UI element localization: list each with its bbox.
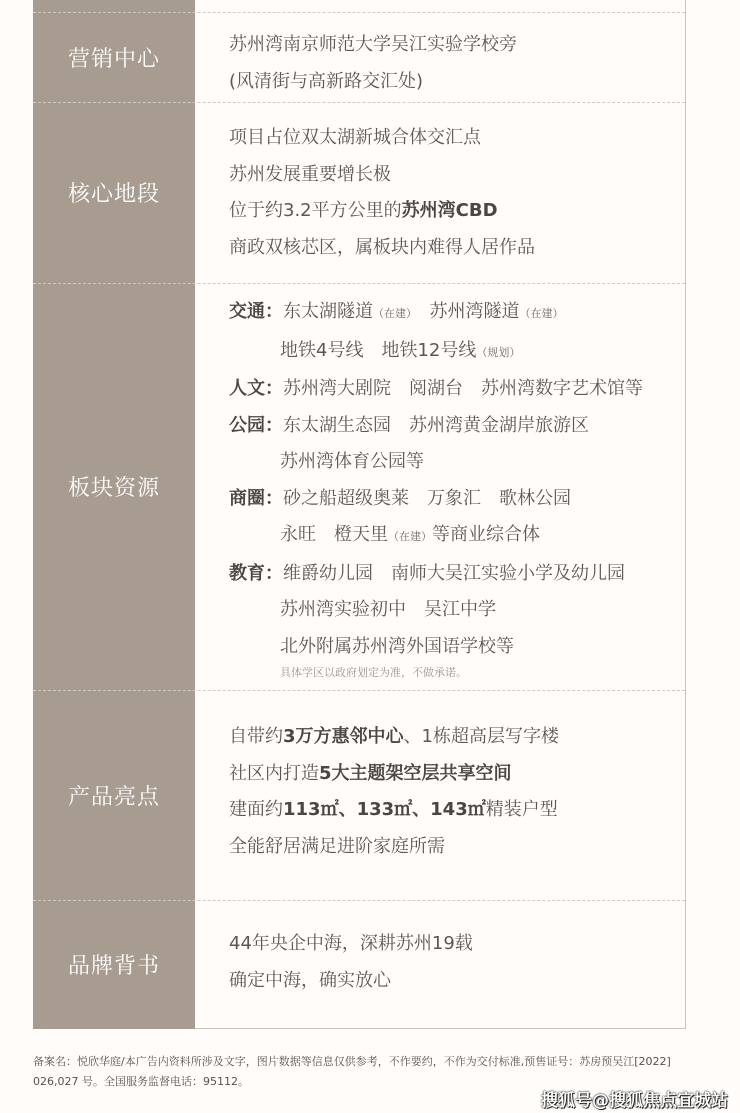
- content-highlight: 苏州湾CBD: [402, 200, 498, 221]
- content-line: 确定中海，确实放心: [229, 963, 473, 1000]
- disclaimer-note: 具体学区以政府划定为准，不做承诺。: [229, 665, 643, 681]
- resource-line-commerce: 商圈：砂之船超级奥莱 万象汇 歌林公园: [229, 481, 643, 518]
- content-line: 位于约3.2平方公里的苏州湾CBD: [229, 193, 535, 230]
- content-text: 东太湖生态园 苏州湾黄金湖岸旅游区: [283, 415, 589, 436]
- content-line: 苏州湾南京师范大学吴江实验学校旁: [229, 27, 517, 64]
- resource-line-commerce-2: 永旺 橙天里（在建）等商业综合体: [229, 517, 643, 556]
- content-text: 永旺 橙天里: [280, 524, 388, 545]
- status-tag: （规划）: [476, 346, 520, 359]
- content-text: 苏州湾实验初中 吴江中学: [280, 599, 496, 620]
- row-label: 营销中心: [33, 12, 195, 102]
- content-text: 维爵幼儿园 南师大吴江实验小学及幼儿园: [283, 563, 625, 584]
- content-text: 、1栋超高层写字楼: [404, 726, 559, 747]
- content-text: 位于约3.2平方公里的: [229, 200, 402, 221]
- status-tag: （在建）: [520, 307, 564, 320]
- content-line: 社区内打造5大主题架空层共享空间: [229, 756, 559, 793]
- content-text: 精装户型: [486, 799, 558, 820]
- row-brand-endorsement: 品牌背书 44年央企中海，深耕苏州19载 确定中海，确实放心: [33, 900, 686, 1029]
- resource-line-education-2: 苏州湾实验初中 吴江中学: [229, 592, 643, 629]
- row-label: 产品亮点: [33, 690, 195, 900]
- row-label: 核心地段: [33, 102, 195, 283]
- row-content: 项目占位双太湖新城合体交汇点 苏州发展重要增长极 位于约3.2平方公里的苏州湾C…: [229, 120, 535, 266]
- content-text: 等商业综合体: [432, 524, 540, 545]
- content-text: 苏州湾大剧院 阅湖台 苏州湾数字艺术馆等: [283, 378, 643, 399]
- content-line: 建面约113㎡、133㎡、143㎡精装户型: [229, 792, 559, 829]
- row-label: 板块资源: [33, 283, 195, 690]
- row-sales-center: 营销中心 苏州湾南京师范大学吴江实验学校旁 (风清街与高新路交汇处): [33, 12, 686, 102]
- status-tag: （在建）: [373, 307, 412, 320]
- content-text: 建面约: [229, 799, 283, 820]
- content-text: 北外附属苏州湾外国语学校等: [280, 636, 514, 657]
- status-tag: （在建）: [388, 530, 432, 543]
- resource-line-transport-2: 地铁4号线 地铁12号线（规划）: [229, 333, 643, 372]
- row-label: 品牌背书: [33, 900, 195, 1029]
- category-label: 人文：: [229, 378, 283, 399]
- content-highlight: 113㎡、133㎡、143㎡: [283, 799, 486, 820]
- row-product-highlights: 产品亮点 自带约3万方惠邻中心、1栋超高层写字楼 社区内打造5大主题架空层共享空…: [33, 690, 686, 900]
- row-content: 交通：东太湖隧道（在建） 苏州湾隧道（在建） 地铁4号线 地铁12号线（规划） …: [229, 294, 643, 681]
- content-highlight: 3万方惠邻中心: [283, 726, 404, 747]
- content-text: 东太湖隧道: [283, 301, 373, 322]
- resource-line-transport: 交通：东太湖隧道（在建） 苏州湾隧道（在建）: [229, 294, 643, 333]
- row-core-location: 核心地段 项目占位双太湖新城合体交汇点 苏州发展重要增长极 位于约3.2平方公里…: [33, 102, 686, 283]
- row-district-resources: 板块资源 交通：东太湖隧道（在建） 苏州湾隧道（在建） 地铁4号线 地铁12号线…: [33, 283, 686, 690]
- content-line: 商政双核芯区，属板块内难得人居作品: [229, 230, 535, 267]
- resource-line-culture: 人文：苏州湾大剧院 阅湖台 苏州湾数字艺术馆等: [229, 371, 643, 408]
- info-table: 营销中心 苏州湾南京师范大学吴江实验学校旁 (风清街与高新路交汇处) 核心地段 …: [33, 0, 686, 1029]
- content-text: 社区内打造: [229, 763, 319, 784]
- content-line: (风清街与高新路交汇处): [229, 64, 517, 101]
- content-text: 苏州湾体育公园等: [280, 451, 424, 472]
- content-text: 砂之船超级奥莱 万象汇 歌林公园: [283, 488, 571, 509]
- watermark: 搜狐号@搜狐焦点宜城站: [541, 1086, 728, 1111]
- footer-line: 备案名：悦欣华庭/本广告内资料所涉及文字，图片数据等信息仅供参考，不作要约，不作…: [33, 1052, 713, 1072]
- resource-line-park-2: 苏州湾体育公园等: [229, 444, 643, 481]
- category-label: 教育：: [229, 563, 283, 584]
- content-line: 项目占位双太湖新城合体交汇点: [229, 120, 535, 157]
- content-text: 地铁4号线 地铁12号线: [280, 340, 476, 361]
- content-line: 44年央企中海，深耕苏州19载: [229, 926, 473, 963]
- category-label: 交通：: [229, 301, 283, 322]
- category-label: 商圈：: [229, 488, 283, 509]
- content-highlight: 5大主题架空层共享空间: [319, 763, 512, 784]
- row-content: 苏州湾南京师范大学吴江实验学校旁 (风清街与高新路交汇处): [229, 27, 517, 100]
- category-label: 公园：: [229, 415, 283, 436]
- row-content: 44年央企中海，深耕苏州19载 确定中海，确实放心: [229, 926, 473, 999]
- content-line: 全能舒居满足进阶家庭所需: [229, 829, 559, 866]
- row-content: 自带约3万方惠邻中心、1栋超高层写字楼 社区内打造5大主题架空层共享空间 建面约…: [229, 719, 559, 865]
- content-text: 自带约: [229, 726, 283, 747]
- content-line: 自带约3万方惠邻中心、1栋超高层写字楼: [229, 719, 559, 756]
- content-line: 苏州发展重要增长极: [229, 157, 535, 194]
- resource-line-park: 公园：东太湖生态园 苏州湾黄金湖岸旅游区: [229, 408, 643, 445]
- resource-line-education-3: 北外附属苏州湾外国语学校等: [229, 629, 643, 666]
- content-text: 苏州湾隧道: [412, 301, 520, 322]
- resource-line-education: 教育：维爵幼儿园 南师大吴江实验小学及幼儿园: [229, 556, 643, 593]
